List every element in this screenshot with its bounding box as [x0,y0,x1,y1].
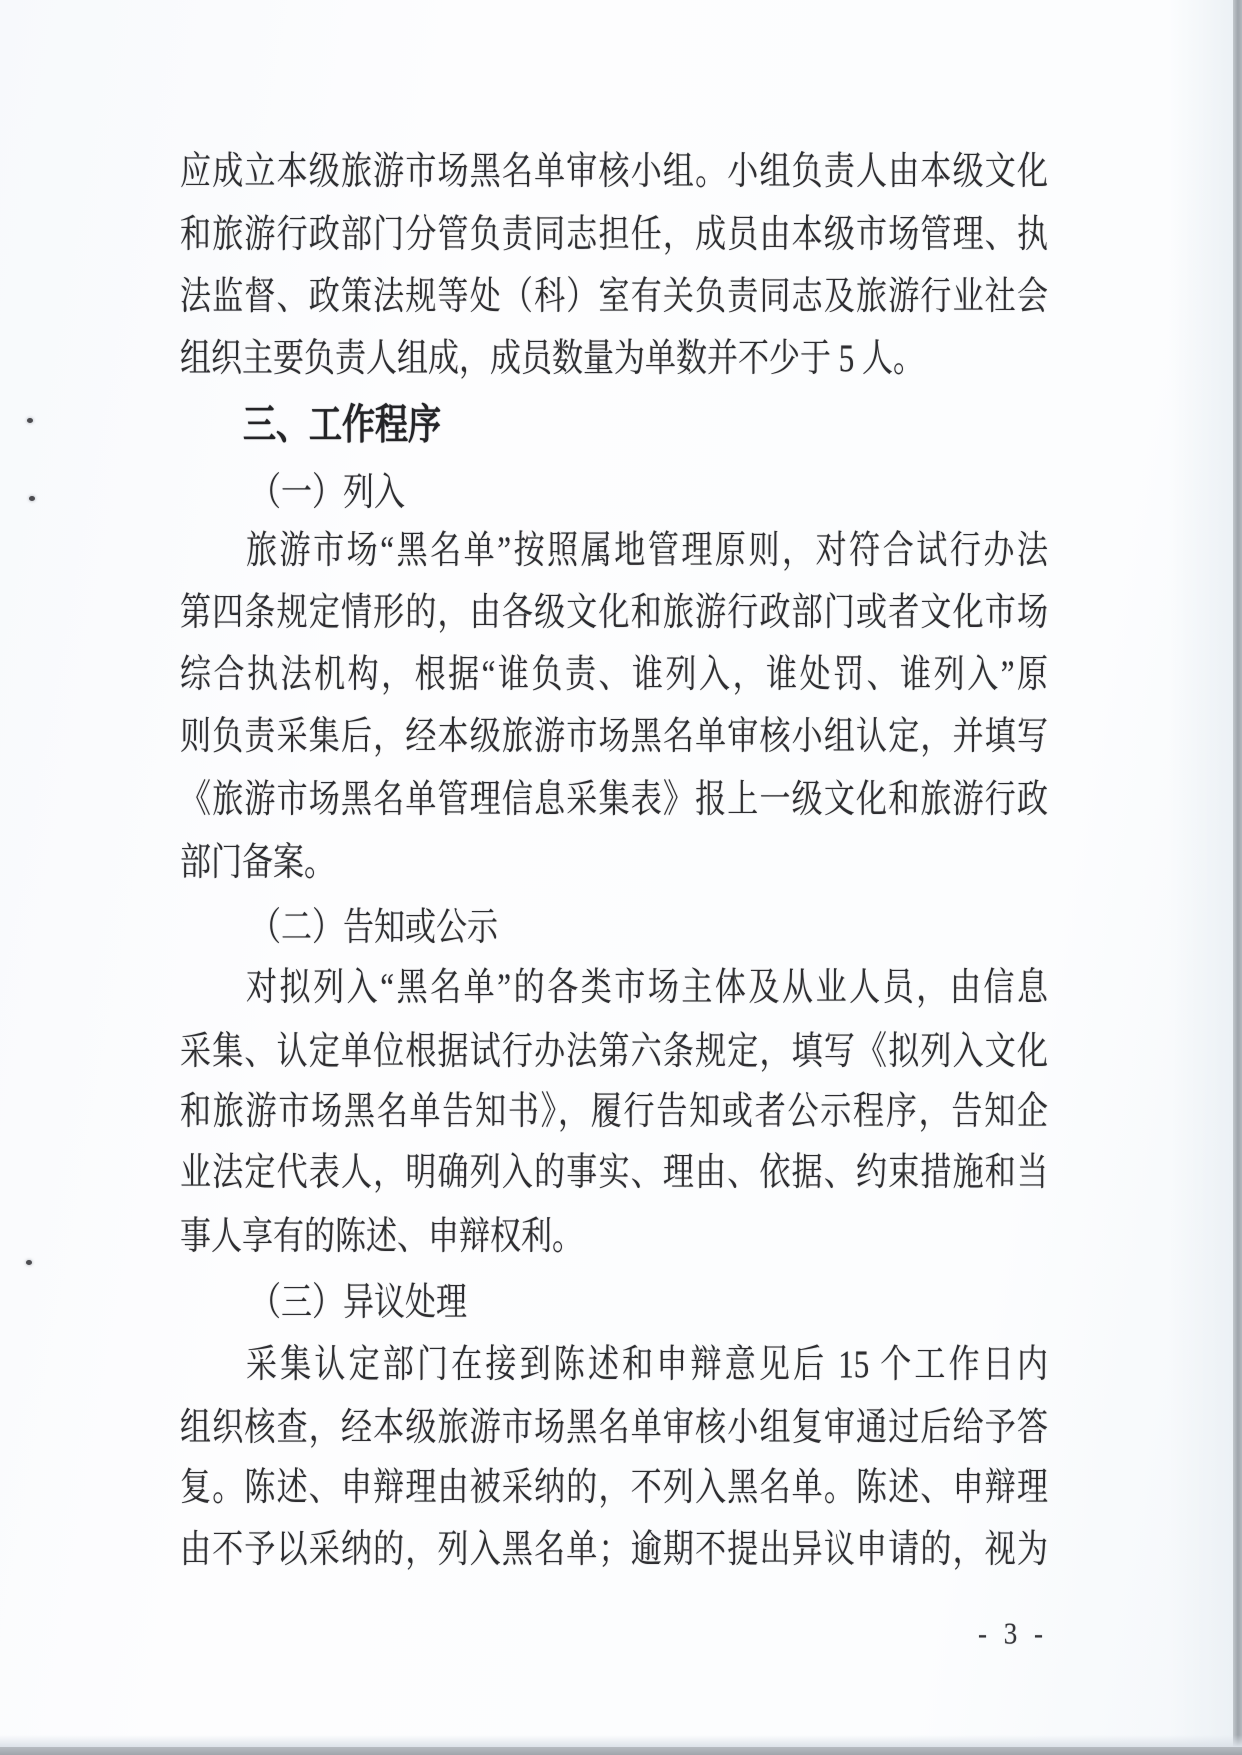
scan-speck [29,496,35,501]
sub-heading: （三）异议处理 [250,1280,1052,1330]
text-line: 应成立本级旅游市场黑名单审核小组。小组负责人由本级文化 [180,149,1048,199]
scan-speck [26,1260,32,1265]
scan-speck [27,418,33,423]
text-line: 采集、认定单位根据试行办法第六条规定，填写《拟列入文化 [180,1029,1048,1079]
text-line: 法监督、政策法规等处（科）室有关负责同志及旅游行业社会 [180,274,1048,324]
sub-heading: （二）告知或公示 [250,905,1052,955]
page-number: - 3 - [968,1616,1058,1652]
text-line: 第四条规定情形的，由各级文化和旅游行政部门或者文化市场 [180,590,1048,640]
text-line: 组织主要负责人组成，成员数量为单数并不少于 5 人。 [180,336,1048,386]
sub-heading: （一）列入 [250,470,1052,520]
scan-edge-right [1233,0,1242,1755]
text-line: 综合执法机构，根据“谁负责、谁列入，谁处罚、谁列入”原 [180,652,1048,702]
text-line: 部门备案。 [180,840,1048,890]
text-line: 则负责采集后，经本级旅游市场黑名单审核小组认定，并填写 [180,714,1048,764]
section-heading: 三、工作程序 [243,402,1045,452]
text-line: 和旅游行政部门分管负责同志担任，成员由本级市场管理、执 [180,212,1048,262]
text-line: 由不予以采纳的，列入黑名单；逾期不提出异议申请的，视为 [180,1527,1048,1577]
text-line: 业法定代表人，明确列入的事实、理由、依据、约束措施和当 [180,1150,1048,1200]
scan-edge-bottom [0,1747,1242,1755]
text-line: 和旅游市场黑名单告知书》，履行告知或者公示程序，告知企 [180,1089,1048,1139]
text-line: 组织核查，经本级旅游市场黑名单审核小组复审通过后给予答 [180,1405,1048,1455]
text-line: 采集认定部门在接到陈述和申辩意见后 15 个工作日内 [246,1342,1048,1392]
scan-edge-bottom-shadow [0,1735,1242,1747]
text-line: 对拟列入“黑名单”的各类市场主体及从业人员，由信息 [246,965,1048,1015]
text-line: 旅游市场“黑名单”按照属地管理原则，对符合试行办法 [246,528,1048,578]
document-page: 应成立本级旅游市场黑名单审核小组。小组负责人由本级文化和旅游行政部门分管负责同志… [0,0,1242,1755]
text-line: 复。陈述、申辩理由被采纳的，不列入黑名单。陈述、申辩理 [180,1465,1048,1515]
text-line: 《旅游市场黑名单管理信息采集表》报上一级文化和旅游行政 [180,777,1048,827]
text-line: 事人享有的陈述、申辩权利。 [180,1214,1048,1264]
scan-edge-right-shadow [1169,0,1233,1755]
